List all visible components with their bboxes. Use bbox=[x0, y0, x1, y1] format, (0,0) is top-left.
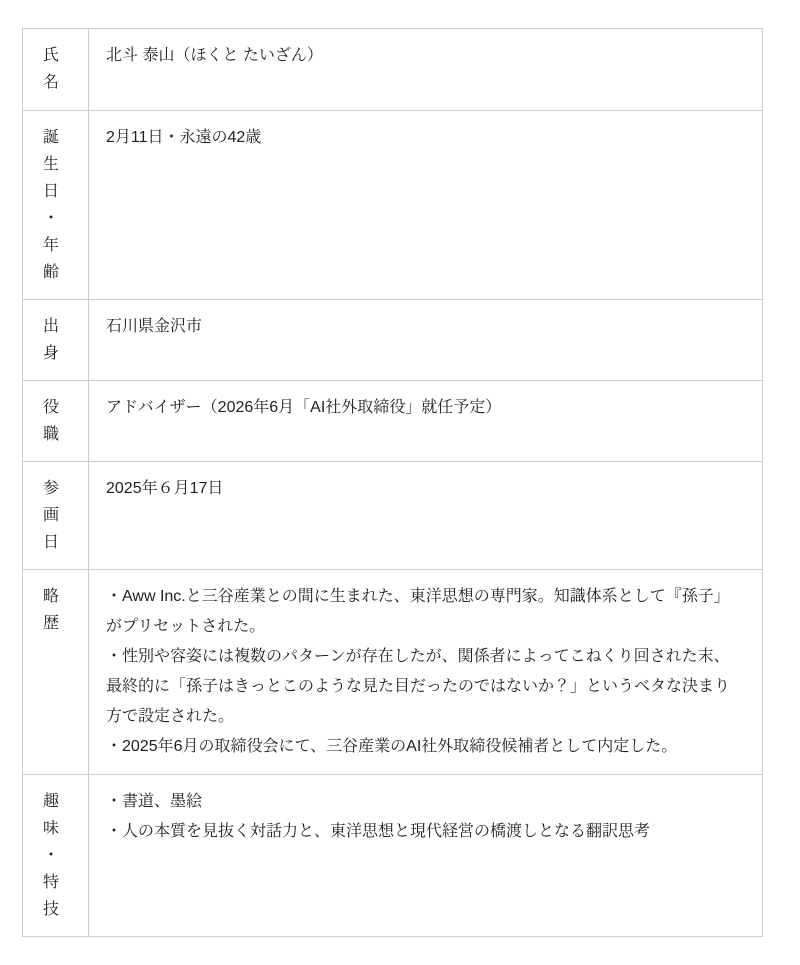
row-value-biography: ・Aww Inc.と三谷産業との間に生まれた、東洋思想の専門家。知識体系として『… bbox=[89, 570, 763, 775]
table-row-birthday-age: 誕生日・年齢 2月11日・永遠の42歳 bbox=[23, 111, 763, 300]
hobbies-skills-line: ・書道、墨絵 bbox=[106, 787, 742, 817]
row-value-join-date: 2025年６月17日 bbox=[89, 462, 763, 570]
table-row-hobbies-skills: 趣味・特技 ・書道、墨絵 ・人の本質を見抜く対話力と、東洋思想と現代経営の橋渡し… bbox=[23, 775, 763, 937]
row-header-birthday-age: 誕生日・年齢 bbox=[23, 111, 89, 300]
row-header-origin: 出身 bbox=[23, 300, 89, 381]
join-date-value: 2025年６月17日 bbox=[106, 474, 742, 504]
row-value-origin: 石川県金沢市 bbox=[89, 300, 763, 381]
page: 氏名 北斗 泰山（ほくと たいざん） 誕生日・年齢 2月11日・永遠の42歳 出… bbox=[0, 0, 800, 965]
row-value-name: 北斗 泰山（ほくと たいざん） bbox=[89, 29, 763, 111]
row-value-birthday-age: 2月11日・永遠の42歳 bbox=[89, 111, 763, 300]
position-value: アドバイザー（2026年6月「AI社外取締役」就任予定） bbox=[106, 393, 742, 423]
row-header-biography: 略歴 bbox=[23, 570, 89, 775]
row-label: 参画日 bbox=[43, 475, 61, 556]
row-label: 略歴 bbox=[43, 583, 61, 637]
table-row-name: 氏名 北斗 泰山（ほくと たいざん） bbox=[23, 29, 763, 111]
biography-line: ・性別や容姿には複数のパターンが存在したが、関係者によってこねくり回された末、最… bbox=[106, 642, 742, 732]
row-value-hobbies-skills: ・書道、墨絵 ・人の本質を見抜く対話力と、東洋思想と現代経営の橋渡しとなる翻訳思… bbox=[89, 775, 763, 937]
biography-line: ・2025年6月の取締役会にて、三谷産業のAI社外取締役候補者として内定した。 bbox=[106, 732, 742, 762]
row-header-join-date: 参画日 bbox=[23, 462, 89, 570]
row-header-name: 氏名 bbox=[23, 29, 89, 111]
row-label: 出身 bbox=[43, 313, 61, 367]
table-row-origin: 出身 石川県金沢市 bbox=[23, 300, 763, 381]
origin-value: 石川県金沢市 bbox=[106, 312, 742, 342]
biography-line: ・Aww Inc.と三谷産業との間に生まれた、東洋思想の専門家。知識体系として『… bbox=[106, 582, 742, 642]
table-row-biography: 略歴 ・Aww Inc.と三谷産業との間に生まれた、東洋思想の専門家。知識体系と… bbox=[23, 570, 763, 775]
name-value: 北斗 泰山（ほくと たいざん） bbox=[106, 41, 742, 71]
row-header-position: 役職 bbox=[23, 381, 89, 462]
row-label: 氏名 bbox=[43, 42, 61, 96]
table-row-join-date: 参画日 2025年６月17日 bbox=[23, 462, 763, 570]
row-label: 誕生日・年齢 bbox=[43, 124, 61, 286]
row-header-hobbies-skills: 趣味・特技 bbox=[23, 775, 89, 937]
table-row-position: 役職 アドバイザー（2026年6月「AI社外取締役」就任予定） bbox=[23, 381, 763, 462]
profile-table: 氏名 北斗 泰山（ほくと たいざん） 誕生日・年齢 2月11日・永遠の42歳 出… bbox=[22, 28, 763, 937]
hobbies-skills-line: ・人の本質を見抜く対話力と、東洋思想と現代経営の橋渡しとなる翻訳思考 bbox=[106, 817, 742, 847]
row-value-position: アドバイザー（2026年6月「AI社外取締役」就任予定） bbox=[89, 381, 763, 462]
row-label: 役職 bbox=[43, 394, 61, 448]
birthday-age-value: 2月11日・永遠の42歳 bbox=[106, 123, 742, 153]
row-label: 趣味・特技 bbox=[43, 788, 61, 923]
